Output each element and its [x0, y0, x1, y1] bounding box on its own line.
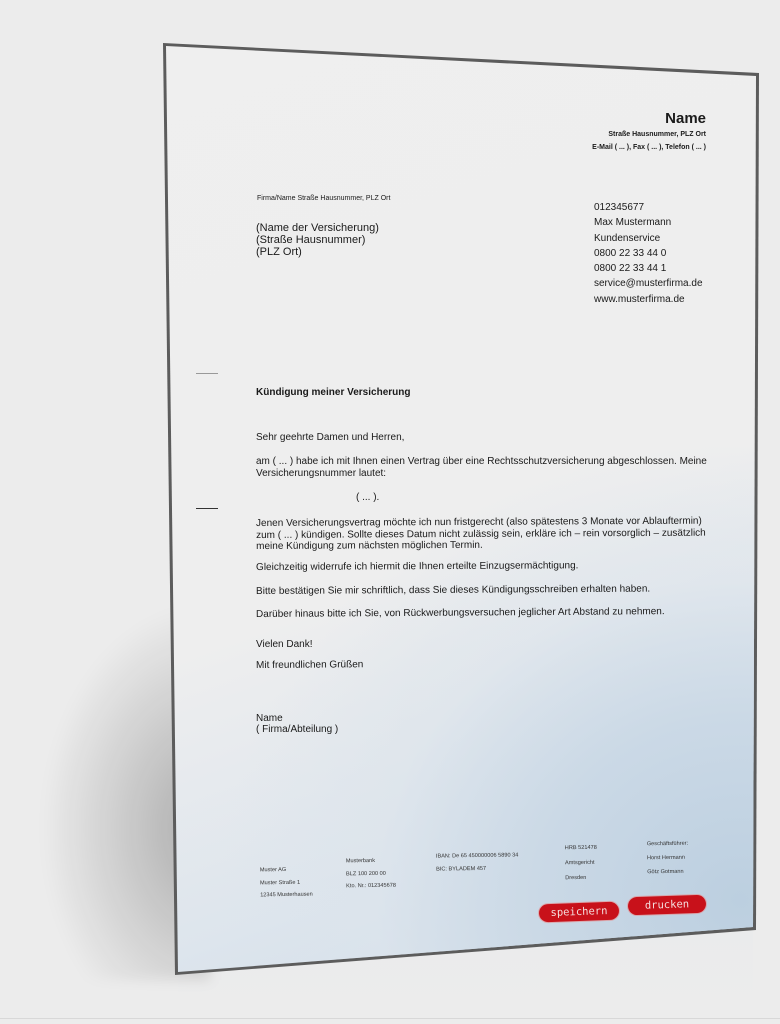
- paragraph-2: Jenen Versicherungsvertrag möchte ich nu…: [256, 516, 706, 553]
- footer-line: Geschäftsführer:: [647, 837, 689, 852]
- footer-line: BIC: BYLADEM 457: [436, 862, 519, 876]
- recipient-line: (Straße Hausnummer): [256, 234, 379, 246]
- thanks-line: Vielen Dank!: [256, 639, 313, 651]
- subject-line: Kündigung meiner Versicherung: [256, 387, 410, 398]
- policy-number: ( ... ).: [356, 492, 379, 504]
- signature-name: Name: [256, 713, 338, 724]
- footer-line: Dresden: [565, 871, 597, 886]
- save-button[interactable]: speichern: [539, 902, 620, 923]
- contact-block: 012345677 Max Mustermann Kundenservice 0…: [594, 200, 703, 307]
- fax: 0800 22 33 44 1: [594, 261, 703, 276]
- divider: [0, 1018, 780, 1019]
- letterhead-address: Straße Hausnummer, PLZ Ort: [608, 131, 706, 138]
- signature-block: Name ( Firma/Abteilung ): [256, 713, 338, 735]
- footer-management: Geschäftsführer: Horst Hermann Götz Gotm…: [647, 837, 689, 880]
- letterhead-contact: E-Mail ( ... ), Fax ( ... ), Telefon ( .…: [592, 144, 706, 151]
- footer-line: Götz Gotmann: [647, 865, 689, 880]
- footer-iban: IBAN: De 65 450000006 5890 34 BIC: BYLAD…: [436, 849, 519, 876]
- closing-line: Mit freundlichen Grüßen: [256, 659, 363, 671]
- text-line: Versicherungsnummer lautet:: [256, 468, 707, 480]
- paragraph-1: am ( ... ) habe ich mit Ihnen einen Vert…: [256, 456, 707, 479]
- footer-line: Musterbank: [346, 855, 396, 868]
- footer-line: HRB 521478: [565, 841, 597, 856]
- footer-company: Muster AG Muster Straße 1 12345 Musterha…: [260, 864, 313, 902]
- salutation: Sehr geehrte Damen und Herren,: [256, 432, 404, 444]
- footer-bank: Musterbank BLZ 100 200 00 Kto. Nr.: 0123…: [346, 855, 396, 893]
- reference-number: 012345677: [594, 200, 703, 215]
- footer-register: HRB 521478 Amtsgericht Dresden: [565, 841, 598, 886]
- phone: 0800 22 33 44 0: [594, 246, 703, 261]
- footer-line: Horst Hermann: [647, 851, 689, 866]
- department: Kundenservice: [594, 231, 703, 246]
- footer-line: Muster AG: [260, 864, 313, 877]
- document-preview: Name Straße Hausnummer, PLZ Ort E-Mail (…: [0, 0, 780, 1024]
- footer-line: Muster Straße 1: [260, 876, 313, 889]
- website: www.musterfirma.de: [594, 292, 703, 307]
- recipient-line: (PLZ Ort): [256, 246, 379, 258]
- footer-line: Amtsgericht: [565, 856, 597, 871]
- text-line: meine Kündigung zum nächsten möglichen T…: [256, 539, 706, 553]
- contact-person: Max Mustermann: [594, 215, 703, 230]
- signature-department: ( Firma/Abteilung ): [256, 724, 338, 735]
- text-line: am ( ... ) habe ich mit Ihnen einen Vert…: [256, 456, 707, 468]
- footer-line: IBAN: De 65 450000006 5890 34: [436, 849, 519, 863]
- footer-line: BLZ 100 200 00: [346, 867, 396, 880]
- recipient-address: (Name der Versicherung) (Straße Hausnumm…: [256, 222, 379, 258]
- footer-line: 12345 Musterhausen: [260, 889, 313, 902]
- letterhead-name: Name: [665, 110, 706, 127]
- email: service@musterfirma.de: [594, 276, 703, 291]
- punch-mark: [196, 508, 218, 509]
- print-button[interactable]: drucken: [628, 895, 707, 916]
- fold-mark: [196, 373, 218, 374]
- paragraph-3: Gleichzeitig widerrufe ich hiermit die I…: [256, 560, 578, 573]
- footer-line: Kto. Nr.: 012345678: [346, 880, 396, 893]
- recipient-line: (Name der Versicherung): [256, 222, 379, 234]
- paragraph-4: Bitte bestätigen Sie mir schriftlich, da…: [256, 584, 650, 598]
- sender-line: Firma/Name Straße Hausnummer, PLZ Ort: [257, 195, 390, 202]
